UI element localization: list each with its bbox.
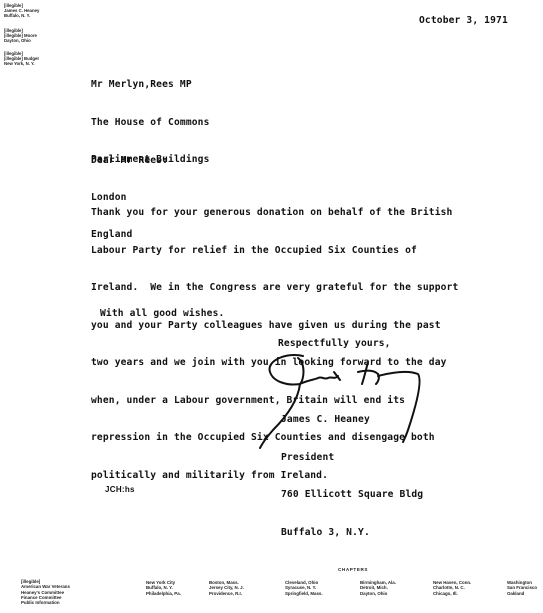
complimentary-close: Respectfully yours, (278, 338, 391, 351)
chapters-column: Birmingham, Ala. Detroit, Mich. Dayton, … (360, 580, 396, 596)
sidebar-block: [illegible] [illegible] Moore Dayton, Oh… (4, 28, 39, 43)
recipient-line: Mr Merlyn,Rees MP (91, 79, 210, 92)
committees-list: [illegible] American War Veterans Heaney… (21, 579, 70, 605)
signature-block: James C. Heaney President 760 Ellicott S… (281, 389, 423, 552)
salutation: Dear Mr Rees: (91, 155, 168, 168)
chapter-item: Jersey City, N. J. (209, 585, 244, 590)
committee-item: American War Veterans (21, 584, 70, 589)
sidebar-line: New York, N. Y. (4, 61, 39, 66)
sidebar-line: Dayton, Ohio (4, 38, 39, 43)
chapters-column: New York City Buffalo, N. Y. Philadelphi… (146, 580, 181, 596)
body-line: Labour Party for relief in the Occupied … (91, 245, 458, 258)
body-line: Thank you for your generous donation on … (91, 207, 458, 220)
signer-name: James C. Heaney (281, 414, 423, 427)
chapter-item: Providence, R.I. (209, 591, 244, 596)
signer-address-line: 760 Ellicott Square Bldg (281, 489, 423, 502)
letter-date: October 3, 1971 (419, 15, 508, 28)
chapters-column: Cleveland, Ohio Syracuse, N. Y. Springfi… (285, 580, 323, 596)
chapter-item: Chicago, Ill. (433, 591, 471, 596)
letterhead-sidebar: [illegible] James C. Heaney Buffalo, N. … (4, 3, 39, 74)
committee-item: Public Information (21, 600, 70, 605)
recipient-line: The House of Commons (91, 117, 210, 130)
sidebar-line: Buffalo, N. Y. (4, 13, 39, 18)
closing-wish: With all good wishes. (100, 308, 224, 321)
chapter-item: Springfield, Mass. (285, 591, 323, 596)
sidebar-block: [illegible] [illegible] Budget New York,… (4, 51, 39, 66)
body-line: Ireland. We in the Congress are very gra… (91, 282, 458, 295)
chapter-item: Dayton, Ohio (360, 591, 396, 596)
chapter-item: San Francisco (507, 585, 537, 590)
chapters-column: New Haven, Conn. Charlotte, N. C. Chicag… (433, 580, 471, 596)
chapters-column: Washington San Francisco Oakland (507, 580, 537, 596)
signer-address-line: Buffalo 3, N.Y. (281, 527, 423, 540)
body-line: you and your Party colleagues have given… (91, 320, 458, 333)
sidebar-block: [illegible] James C. Heaney Buffalo, N. … (4, 3, 39, 18)
chapters-title: CHAPTERS (338, 567, 368, 572)
reference-initials: JCH:hs (105, 484, 135, 497)
chapter-item: Oakland (507, 591, 537, 596)
signer-title: President (281, 452, 423, 465)
chapter-item: Philadelphia, Pa. (146, 591, 181, 596)
chapters-column: Boston, Mass. Jersey City, N. J. Provide… (209, 580, 244, 596)
